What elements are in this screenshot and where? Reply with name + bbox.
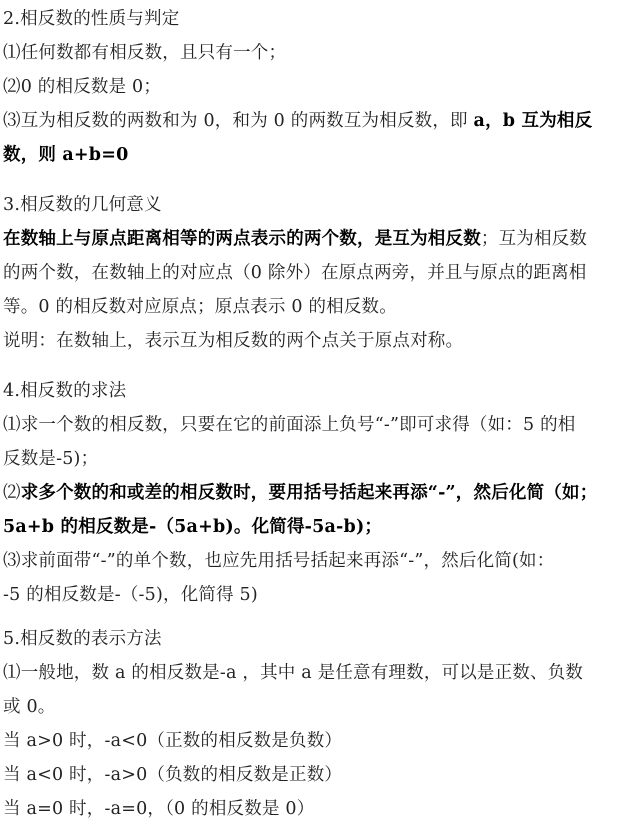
section-3-line-2: 的两个数，在数轴上的对应点（0 除外）在原点两旁，并且与原点的距离相: [3, 261, 637, 285]
text-segment: ⑶互为相反数的两数和为 0，和为 0 的两数互为相反数，即: [3, 111, 474, 131]
section-5-line-5: 当 a=0 时，-a=0，（0 的相反数是 0）: [3, 797, 637, 821]
text-segment: ⑵0 的相反数是 0；: [3, 77, 161, 97]
section-4-line-2: 反数是-5)；: [3, 447, 637, 471]
section-4-line-4: 5a+b 的相反数是-（5a+b)。化简得-5a-b)；: [3, 515, 637, 539]
text-segment: 当 a=0 时，-a=0，（0 的相反数是 0）: [3, 799, 314, 819]
text-segment: ⑵: [3, 483, 21, 503]
text-segment: 反数是-5)；: [3, 449, 98, 469]
text-segment: ⑴求一个数的相反数，只要在它的前面添上负号“-”即可求得（如：5 的相: [3, 415, 576, 435]
bold-text-segment: 数，则 a+b=0: [3, 145, 128, 165]
section-3-line-1: 在数轴上与原点距离相等的两点表示的两个数，是互为相反数；互为相反数: [3, 227, 637, 251]
text-segment: 或 0。: [3, 697, 56, 717]
section-3-title: 3.相反数的几何意义: [3, 193, 637, 217]
text-segment: ⑴任何数都有相反数，且只有一个；: [3, 43, 286, 63]
text-segment: ；互为相反数: [481, 229, 587, 249]
bold-text-segment: 5a+b 的相反数是-（5a+b)。化简得-5a-b)；: [3, 517, 382, 537]
bold-text-segment: a，b 互为相反: [474, 111, 593, 131]
section-3-line-3: 等。0 的相反数对应原点；原点表示 0 的相反数。: [3, 295, 637, 319]
section-2-line-4: 数，则 a+b=0: [3, 143, 637, 167]
section-2-line-3: ⑶互为相反数的两数和为 0，和为 0 的两数互为相反数，即 a，b 互为相反: [3, 109, 637, 133]
text-segment: 当 a>0 时，-a<0（正数的相反数是负数）: [3, 731, 342, 751]
section-2-line-1: ⑴任何数都有相反数，且只有一个；: [3, 41, 637, 65]
text-segment: -5 的相反数是-（-5)，化简得 5): [3, 585, 258, 605]
bold-text-segment: 求多个数的和或差的相反数时，要用括号括起来再添“-”，然后化简（如；: [21, 483, 598, 503]
section-2-line-2: ⑵0 的相反数是 0；: [3, 75, 637, 99]
section-4-line-6: -5 的相反数是-（-5)，化简得 5): [3, 583, 637, 607]
text-segment: 说明：在数轴上，表示互为相反数的两个点关于原点对称。: [3, 331, 463, 351]
section-4-title: 4.相反数的求法: [3, 379, 637, 403]
bold-text-segment: 在数轴上与原点距离相等的两点表示的两个数，是互为相反数: [3, 229, 481, 249]
section-4-line-1: ⑴求一个数的相反数，只要在它的前面添上负号“-”即可求得（如：5 的相: [3, 413, 637, 437]
section-2-title: 2.相反数的性质与判定: [3, 7, 637, 31]
text-segment: ⑴一般地，数 a 的相反数是-a ，其中 a 是任意有理数，可以是正数、负数: [3, 663, 583, 683]
text-segment: ⑶求前面带“-”的单个数，也应先用括号括起来再添“-”，然后化简(如：: [3, 551, 554, 571]
text-segment: 等。0 的相反数对应原点；原点表示 0 的相反数。: [3, 297, 397, 317]
section-5-line-3: 当 a>0 时，-a<0（正数的相反数是负数）: [3, 729, 637, 753]
section-5-line-1: ⑴一般地，数 a 的相反数是-a ，其中 a 是任意有理数，可以是正数、负数: [3, 661, 637, 685]
section-5-line-2: 或 0。: [3, 695, 637, 719]
section-4-line-5: ⑶求前面带“-”的单个数，也应先用括号括起来再添“-”，然后化简(如：: [3, 549, 637, 573]
text-segment: 的两个数，在数轴上的对应点（0 除外）在原点两旁，并且与原点的距离相: [3, 263, 587, 283]
section-5-title: 5.相反数的表示方法: [3, 627, 637, 651]
section-3-line-4: 说明：在数轴上，表示互为相反数的两个点关于原点对称。: [3, 329, 637, 353]
text-segment: 当 a<0 时，-a>0（负数的相反数是正数）: [3, 765, 342, 785]
section-4-line-3: ⑵求多个数的和或差的相反数时，要用括号括起来再添“-”，然后化简（如；: [3, 481, 637, 505]
section-5-line-4: 当 a<0 时，-a>0（负数的相反数是正数）: [3, 763, 637, 787]
